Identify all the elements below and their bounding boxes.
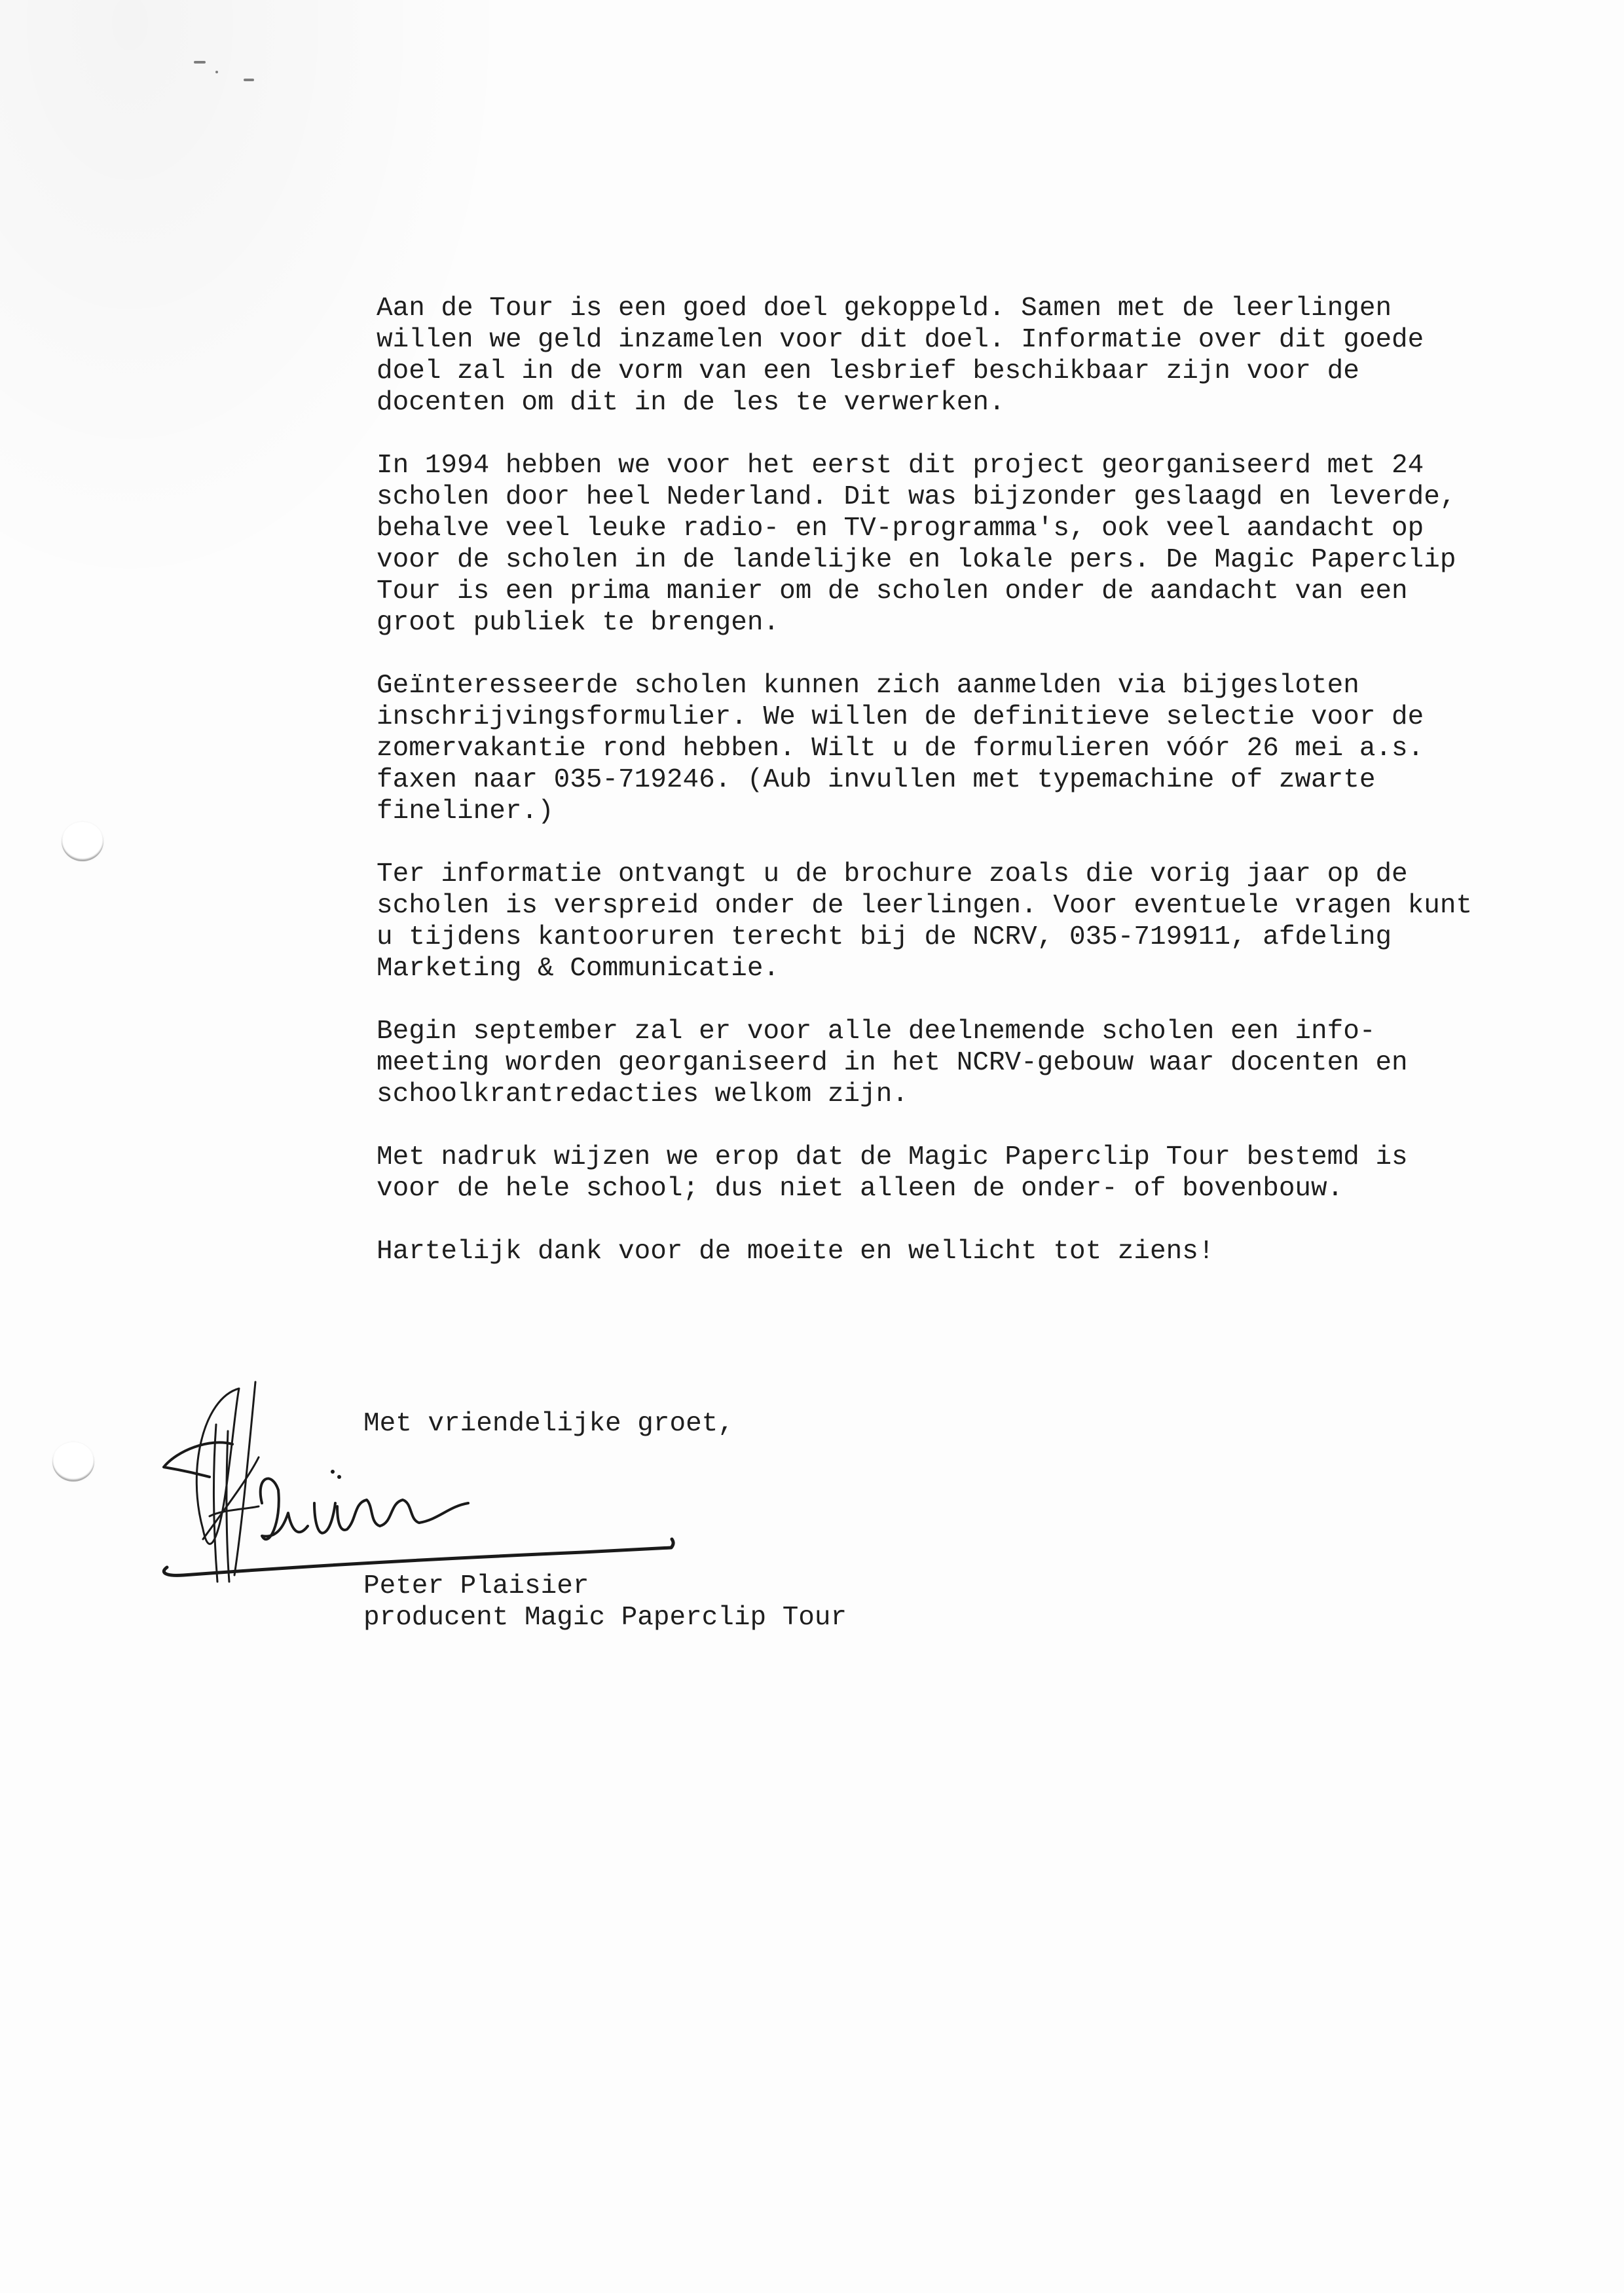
handwritten-signature-icon: [157, 1372, 812, 1595]
letter-body: Aan de Tour is een goed doel gekoppeld. …: [377, 293, 1477, 1299]
text-line: Hartelijk dank voor de moeite en wellich…: [377, 1236, 1477, 1267]
paragraph: Aan de Tour is een goed doel gekoppeld. …: [377, 293, 1477, 419]
text-line: meeting worden georganiseerd in het NCRV…: [377, 1047, 1477, 1079]
text-line: scholen is verspreid onder de leerlingen…: [377, 890, 1477, 922]
signer-name: Peter Plaisier: [363, 1571, 589, 1602]
punch-hole-upper: [62, 822, 103, 861]
punch-hole-lower: [52, 1442, 94, 1482]
text-line: Ter informatie ontvangt u de brochure zo…: [377, 859, 1477, 890]
text-line: behalve veel leuke radio- en TV-programm…: [377, 513, 1477, 544]
text-line: zomervakantie rond hebben. Wilt u de for…: [377, 733, 1477, 764]
text-line: schoolkrantredacties welkom zijn.: [377, 1079, 1477, 1110]
text-line: docenten om dit in de les te verwerken.: [377, 387, 1477, 419]
text-line: Aan de Tour is een goed doel gekoppeld. …: [377, 293, 1477, 324]
text-line: scholen door heel Nederland. Dit was bij…: [377, 481, 1477, 513]
signer-title: producent Magic Paperclip Tour: [363, 1602, 847, 1633]
paragraph: Hartelijk dank voor de moeite en wellich…: [377, 1236, 1477, 1267]
text-line: voor de hele school; dus niet alleen de …: [377, 1173, 1477, 1204]
text-line: Marketing & Communicatie.: [377, 953, 1477, 984]
scan-speck: [244, 79, 254, 81]
text-line: In 1994 hebben we voor het eerst dit pro…: [377, 450, 1477, 481]
text-line: u tijdens kantooruren terecht bij de NCR…: [377, 922, 1477, 953]
text-line: inschrijvingsformulier. We willen de def…: [377, 701, 1477, 733]
text-line: Geïnteresseerde scholen kunnen zich aanm…: [377, 670, 1477, 701]
text-line: faxen naar 035-719246. (Aub invullen met…: [377, 764, 1477, 796]
text-line: groot publiek te brengen.: [377, 607, 1477, 639]
scan-speck: [194, 61, 206, 64]
paragraph: Geïnteresseerde scholen kunnen zich aanm…: [377, 670, 1477, 827]
text-line: Begin september zal er voor alle deelnem…: [377, 1016, 1477, 1047]
paragraph: Met nadruk wijzen we erop dat de Magic P…: [377, 1142, 1477, 1204]
text-line: doel zal in de vorm van een lesbrief bes…: [377, 356, 1477, 387]
text-line: Met nadruk wijzen we erop dat de Magic P…: [377, 1142, 1477, 1173]
paragraph: In 1994 hebben we voor het eerst dit pro…: [377, 450, 1477, 639]
paragraph: Ter informatie ontvangt u de brochure zo…: [377, 859, 1477, 984]
scan-speck: [215, 71, 218, 73]
text-line: fineliner.): [377, 796, 1477, 827]
scanned-letter-page: Aan de Tour is een goed doel gekoppeld. …: [0, 0, 1624, 2293]
text-line: Tour is een prima manier om de scholen o…: [377, 576, 1477, 607]
text-line: willen we geld inzamelen voor dit doel. …: [377, 324, 1477, 356]
text-line: voor de scholen in de landelijke en loka…: [377, 544, 1477, 576]
paragraph: Begin september zal er voor alle deelnem…: [377, 1016, 1477, 1110]
